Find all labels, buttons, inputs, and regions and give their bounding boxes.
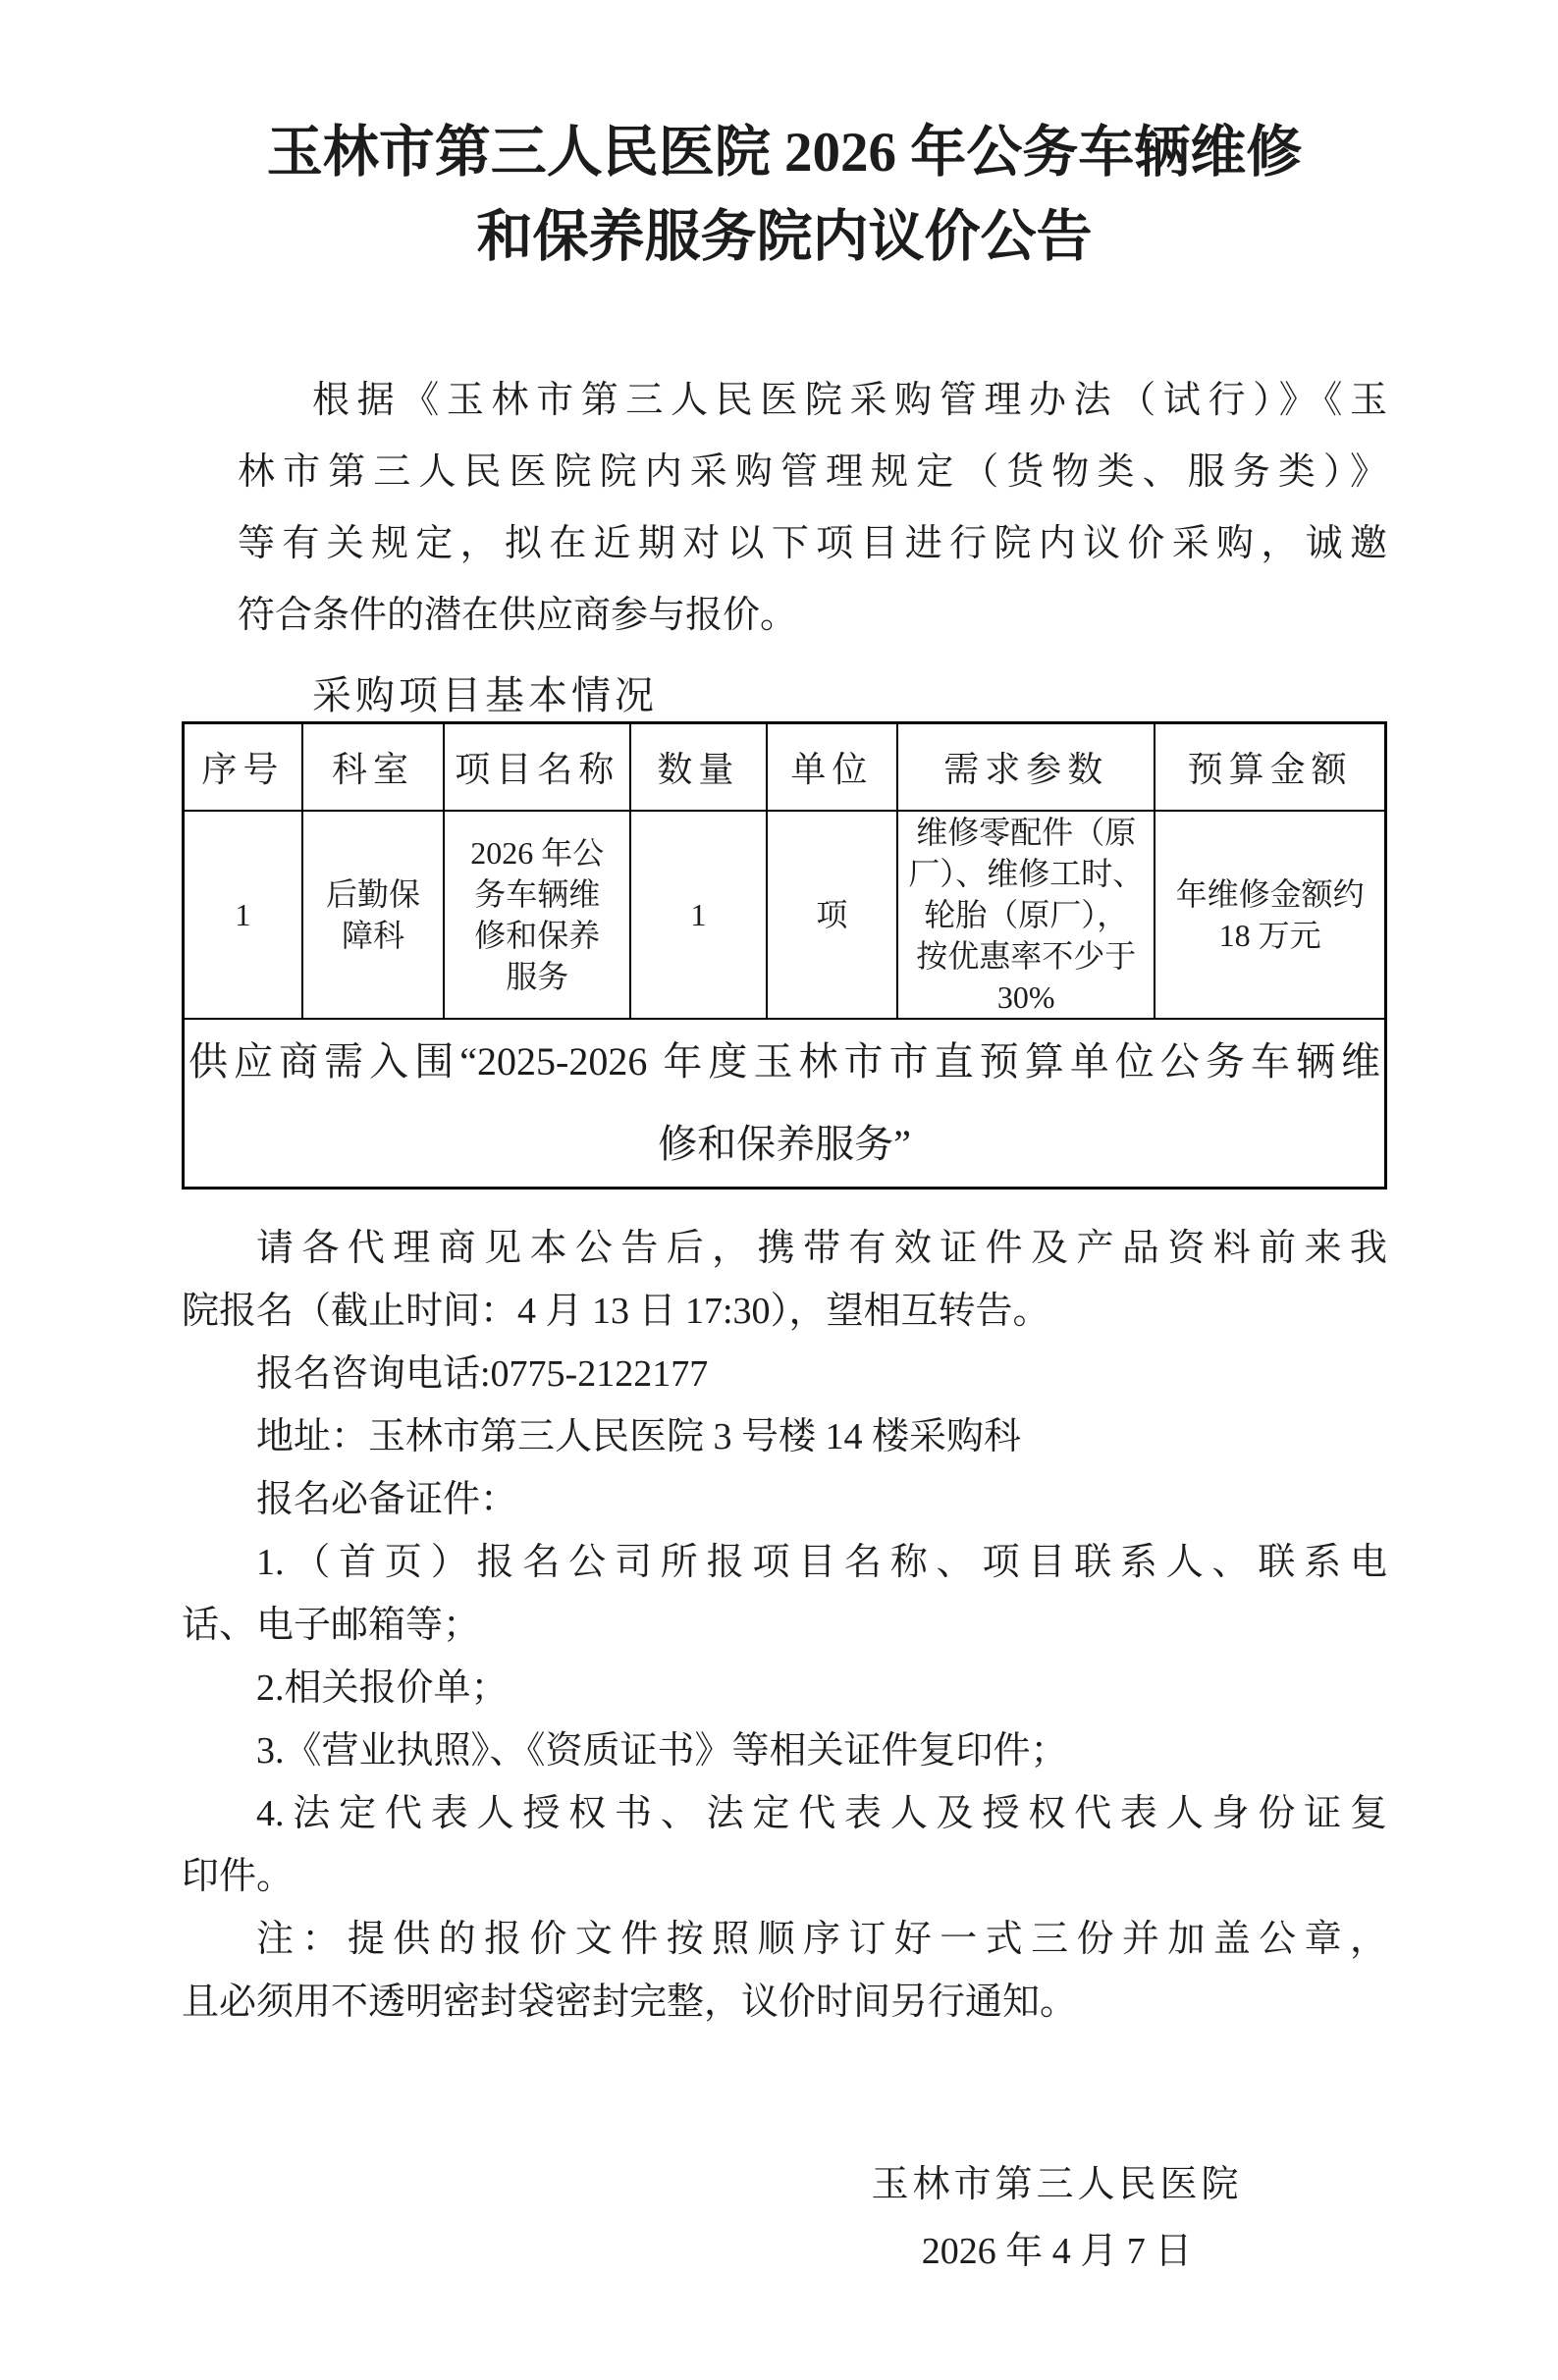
purchase-items-table: 序号 科室 项目名称 数量 单位 需求参数 预算金额 1 后勤保 障科 [182,721,1387,1190]
cell-unit: 项 [767,811,898,1019]
header-budget: 预算金额 [1155,723,1385,812]
header-requirements: 需求参数 [897,723,1155,812]
note-line-1: 供应商需入围“2025-2026 年度玉林市市直预算单位公务车辆维 [188,1021,1380,1103]
body-line: 2.相关报价单； [182,1657,1387,1719]
body-line: 院报名（截止时间：4 月 13 日 17:30），望相互转告。 [182,1280,1387,1343]
body-paragraphs: 请各代理商见本公告后，携带有效证件及产品资料前来我 院报名（截止时间：4 月 1… [182,1217,1387,2034]
header-department: 科室 [302,723,445,812]
cell-department: 后勤保 障科 [302,811,445,1019]
intro-line: 符合条件的潜在供应商参与报价。 [238,580,1387,652]
body-line: 3.《营业执照》、《资质证书》等相关证件复印件； [182,1719,1387,1782]
cell-requirements: 维修零配件（原 厂）、维修工时、 轮胎（原厂）， 按优惠率不少于 30% [897,811,1155,1019]
header-unit: 单位 [767,723,898,812]
body-line: 报名必备证件： [182,1468,1387,1531]
intro-line: 根据《玉林市第三人民医院采购管理办法（试行）》《玉 [238,365,1387,437]
cell-quantity: 1 [630,811,766,1019]
announcement-title: 玉林市第三人民医院 2026 年公务车辆维修 和保养服务院内议价公告 [182,0,1387,280]
intro-line: 林市第三人民医院院内采购管理规定（货物类、服务类）》 [238,437,1387,508]
intro-paragraph: 根据《玉林市第三人民医院采购管理办法（试行）》《玉 林市第三人民医院院内采购管理… [238,365,1387,652]
note-line-2: 修和保养服务” [188,1103,1380,1186]
body-line: 且必须用不透明密封袋密封完整，议价时间另行通知。 [182,1971,1387,2034]
header-seq: 序号 [184,723,302,812]
cell-project-name: 2026 年公 务车辆维 修和保养 服务 [444,811,630,1019]
body-line: 话、电子邮箱等； [182,1594,1387,1657]
header-project-name: 项目名称 [444,723,630,812]
body-line-address: 地址：玉林市第三人民医院 3 号楼 14 楼采购科 [182,1405,1387,1468]
document-page: 玉林市第三人民医院 2026 年公务车辆维修 和保养服务院内议价公告 根据《玉林… [0,0,1558,2380]
signature-org: 玉林市第三人民医院 [726,2151,1387,2218]
table-note-row: 供应商需入围“2025-2026 年度玉林市市直预算单位公务车辆维 修和保养服务… [184,1019,1386,1189]
title-line-1: 玉林市第三人民医院 2026 年公务车辆维修 [182,111,1387,195]
header-quantity: 数量 [630,723,766,812]
document-content: 玉林市第三人民医院 2026 年公务车辆维修 和保养服务院内议价公告 根据《玉林… [182,0,1387,2285]
table-header-row: 序号 科室 项目名称 数量 单位 需求参数 预算金额 [184,723,1386,812]
table-caption: 采购项目基本情况 [238,672,1387,719]
body-line: 4.法定代表人授权书、法定代表人及授权代表人身份证复 [182,1782,1387,1845]
body-line: 1.（首页）报名公司所报项目名称、项目联系人、联系电 [182,1531,1387,1594]
supplier-note-cell: 供应商需入围“2025-2026 年度玉林市市直预算单位公务车辆维 修和保养服务… [184,1019,1386,1189]
body-line-phone: 报名咨询电话:0775-2122177 [182,1343,1387,1405]
body-line: 印件。 [182,1845,1387,1908]
body-line: 请各代理商见本公告后，携带有效证件及产品资料前来我 [182,1217,1387,1280]
table-row: 1 后勤保 障科 2026 年公 务车辆维 修和保养 服务 1 项 维修零配件（… [184,811,1386,1019]
title-line-2: 和保养服务院内议价公告 [182,195,1387,280]
body-line: 注：提供的报价文件按照顺序订好一式三份并加盖公章， [182,1908,1387,1971]
cell-budget: 年维修金额约 18 万元 [1155,811,1385,1019]
cell-seq: 1 [184,811,302,1019]
intro-line: 等有关规定，拟在近期对以下项目进行院内议价采购，诚邀 [238,508,1387,580]
signature-date: 2026 年 4 月 7 日 [726,2218,1387,2285]
signature-block: 玉林市第三人民医院 2026 年 4 月 7 日 [182,2151,1387,2285]
